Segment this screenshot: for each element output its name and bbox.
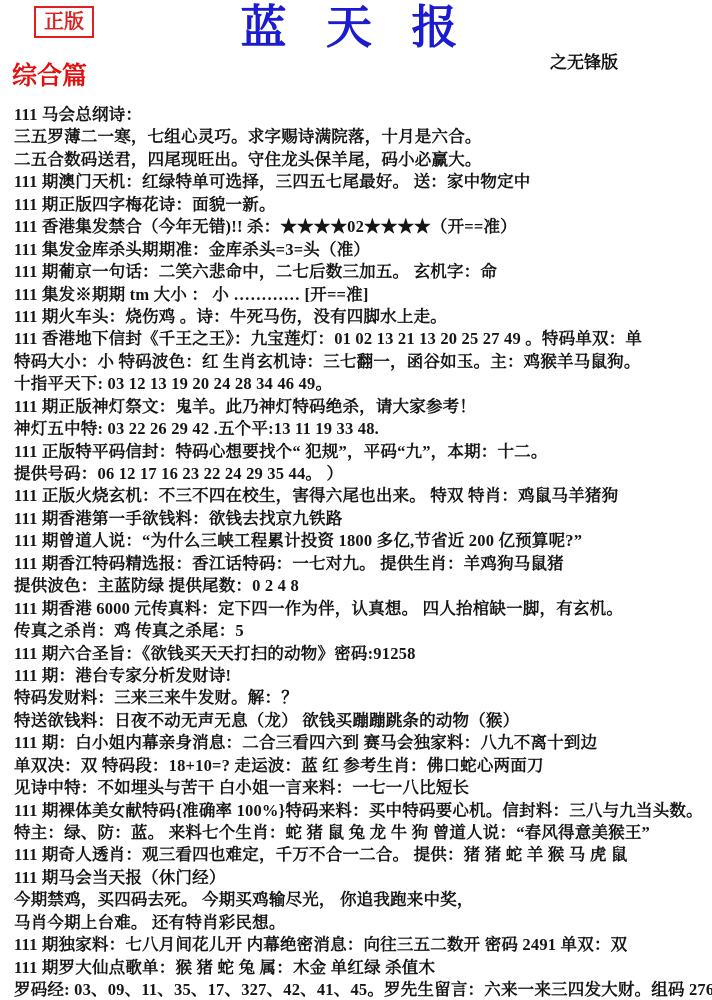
text-line: 111 期澳门天机：红绿特单可选择，三四五七尾最好。 送：家中物定中 — [14, 171, 712, 193]
text-line: 特码发财料：三来三来牛发财。解：？ — [14, 687, 712, 709]
text-line: 111 集发※期期 tm 大小 ： 小 ………… [开==准] — [14, 284, 712, 306]
text-line: 111 期六合圣旨：《欲钱买天天打扫的动物》密码:91258 — [14, 643, 712, 665]
text-line: 传真之杀肖：鸡 传真之杀尾：5 — [14, 620, 712, 642]
text-line: 111 马会总纲诗： — [14, 104, 712, 126]
text-line: 111 期葡京一句话：二笑六悲命中，二七后数三加五。 玄机字：命 — [14, 261, 712, 283]
text-line: 111 期正版四字梅花诗：面貌一新。 — [14, 194, 712, 216]
text-line: 111 期独家料：七八月间花儿开 内幕绝密消息：向往三五二数开 密码 2491 … — [14, 934, 712, 956]
body-lines: 111 马会总纲诗：三五罗薄二一寒，七组心灵巧。求字赐诗满院落，十月是六合。二五… — [14, 104, 712, 1000]
text-line: 特主：绿、防：蓝。 来料七个生肖：蛇 猪 鼠 兔 龙 牛 狗 曾道人说：“春风得… — [14, 822, 712, 844]
page-root: 蓝 天 报 正版 之无锋版 综合篇 111 马会总纲诗：三五罗薄二一寒，七组心灵… — [0, 0, 712, 1000]
text-line: 见诗中特：不如埋头与苦干 白小姐一言来料：一七一八比短长 — [14, 777, 712, 799]
text-line: 罗码经: 03、09、11、35、17、327、42、41、45。罗先生留言：六… — [14, 979, 712, 1000]
authentic-badge: 正版 — [34, 6, 94, 38]
text-line: 提供号码：06 12 17 16 23 22 24 29 35 44。 ） — [14, 463, 712, 485]
text-line: 111 期奇人透肖：观三看四也难定，千万不合一二合。 提供：猪 猪 蛇 羊 猴 … — [14, 844, 712, 866]
text-line: 单双决：双 特码段：18+10=? 走运波：蓝 红 参考生肖：佛口蛇心两面刀 — [14, 755, 712, 777]
text-line: 特送欲钱料：日夜不动无声无息（龙） 欲钱买蹦蹦跳条的动物（猴） — [14, 710, 712, 732]
text-line: 111 正版火烧玄机：不三不四在校生，害得六尾也出来。 特双 特肖：鸡鼠马羊猪狗 — [14, 485, 712, 507]
text-line: 111 期：港台专家分析发财诗! — [14, 665, 712, 687]
text-line: 今期禁鸡，买四码去死。 今期买鸡输尽光， 你追我跑来中奖， — [14, 889, 712, 911]
text-line: 马肖今期上台难。 还有特肖彩民想。 — [14, 912, 712, 934]
text-line: 111 香港集发禁合（今年无错)!! 杀：★★★★02★★★★（开==准） — [14, 216, 712, 238]
text-line: 111 集发金库杀头期期准：金库杀头=3=头（准） — [14, 239, 712, 261]
text-line: 特码大小：小 特码波色：红 生肖玄机诗：三七翻一，函谷如玉。主：鸡猴羊马鼠狗。 — [14, 351, 712, 373]
text-line: 十指平天下: 03 12 13 19 20 24 28 34 46 49。 — [14, 373, 712, 395]
text-line: 111 期马会当天报（休门经） — [14, 867, 712, 889]
text-line: 111 期曾道人说：“为什么三峡工程累计投资 1800 多亿,节省近 200 亿… — [14, 530, 712, 552]
text-line: 三五罗薄二一寒，七组心灵巧。求字赐诗满院落，十月是六合。 — [14, 126, 712, 148]
text-line: 111 期：白小姐内幕亲身消息：二合三看四六到 赛马会独家料：八九不离十到边 — [14, 732, 712, 754]
section-heading: 综合篇 — [12, 56, 87, 92]
text-line: 二五合数码送君，四尾现旺出。守住龙头保羊尾，码小必赢大。 — [14, 149, 712, 171]
text-line: 111 期香港 6000 元传真料：定下四一作为伴，认真想。 四人抬棺缺一脚，有… — [14, 598, 712, 620]
text-line: 提供波色：主蓝防绿 提供尾数：0 2 4 8 — [14, 575, 712, 597]
text-line: 神灯五中特: 03 22 26 29 42 .五个平:13 11 19 33 4… — [14, 418, 712, 440]
text-line: 111 正版特平码信封：特码心想要找个“ 犯规”，平码“九”，本期：十二。 — [14, 441, 712, 463]
text-line: 111 期裸体美女献特码{准确率 100%}特码来料：买中特码要心机。信封料：三… — [14, 800, 712, 822]
text-line: 111 期火车头：烧伤鸡 。诗：牛死马伤，没有四脚水上走。 — [14, 306, 712, 328]
text-line: 111 期香港第一手欲钱料：欲钱去找京九铁路 — [14, 508, 712, 530]
text-line: 111 期罗大仙点歌单：猴 猪 蛇 兔 属：木金 单红绿 杀值木 — [14, 957, 712, 979]
text-line: 111 期正版神灯祭文：鬼羊。此乃神灯特码绝杀，请大家参考！ — [14, 396, 712, 418]
edition-label: 之无锋版 — [550, 48, 618, 73]
text-line: 111 香港地下信封《千王之王》：九宝莲灯：01 02 13 21 13 20 … — [14, 328, 712, 350]
text-line: 111 期香江特码精选报：香江话特码：一七对九。 提供生肖：羊鸡狗马鼠猪 — [14, 553, 712, 575]
